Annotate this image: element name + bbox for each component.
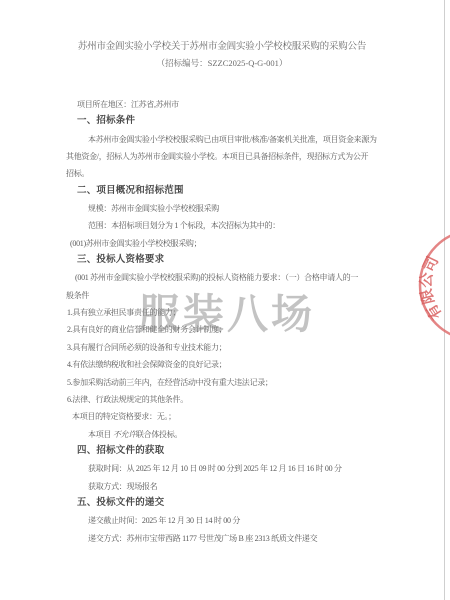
document-line: 项目所在地区：江苏省,苏州市	[77, 96, 394, 113]
document-line: 本苏州市金阊实验小学校校服采购已由项目审批/核准/备案机关批准，项目资金来源为	[88, 131, 394, 148]
red-seal-stamp: 有限公司	[403, 212, 450, 358]
document-line: 递交方式：苏州市宝带西路 1177 号世茂广场 B 座 2313 纸质文件递交	[88, 530, 394, 547]
document-line: 一、招标条件	[77, 113, 394, 130]
document-line: 5.参加采购活动前三年内，在经营活动中没有重大违法记录；	[67, 374, 394, 391]
document-line: 三、投标人资格要求	[77, 252, 394, 269]
page-edge	[444, 0, 445, 600]
plain-text: 本项目	[88, 430, 113, 439]
document-line: 2.具有良好的商业信誉和健全的财务会计制度；	[67, 321, 394, 338]
document-line: 五、投标文件的递交	[77, 495, 394, 512]
emphasis-text: 不允许	[113, 430, 136, 439]
document-line: 二、项目概况和招标范围	[77, 183, 394, 200]
document-title: 苏州市金阊实验小学校关于苏州市金阊实验小学校校服采购的采购公告	[0, 38, 444, 52]
document-line: 范围：本招标项目划分为 1 个标段，本次招标为其中的：	[88, 217, 394, 234]
plain-text: 联合体投标。	[136, 430, 182, 439]
document-line: 本项目 不允许联合体投标。	[88, 426, 394, 443]
document-line: 其他资金/，招标人为苏州市金阊实验小学校。本项目已具备招标条件，现招标方式为公开	[66, 148, 394, 165]
seal-text: 有限公司	[417, 253, 446, 323]
document-line: 4.有依法缴纳税收和社会保障资金的良好记录；	[67, 356, 394, 373]
document-line: 般条件	[66, 287, 394, 304]
document-line: (001)苏州市金阊实验小学校校服采购；	[70, 235, 394, 252]
svg-text:有限公司: 有限公司	[417, 253, 446, 323]
document-line: (001 苏州市金阊实验小学校校服采购)的投标人资格能力要求：（一）合格申请人的…	[75, 269, 394, 286]
document-line: 获取方式：现场报名	[88, 478, 394, 495]
document-page: 苏州市金阊实验小学校关于苏州市金阊实验小学校校服采购的采购公告 （招标编号：SZ…	[0, 0, 450, 600]
document-line: 招标。	[66, 165, 394, 182]
document-line: 3.具有履行合同所必须的设备和专业技术能力；	[67, 339, 394, 356]
document-line: 1.具有独立承担民事责任的能力；	[67, 304, 394, 321]
document-line: 获取时间：从 2025 年 12 月 10 日 09 时 00 分到 2025 …	[88, 460, 394, 477]
document-line: 本项目的特定资格要求：无。；	[72, 408, 394, 425]
document-body: 项目所在地区：江苏省,苏州市一、招标条件本苏州市金阊实验小学校校服采购已由项目审…	[66, 96, 394, 547]
tender-number: （招标编号：SZZC2025-Q-G-001）	[0, 57, 444, 69]
document-line: 6.法律、行政法规规定的其他条件。	[67, 391, 394, 408]
document-line: 四、招标文件的获取	[77, 443, 394, 460]
seal-ring	[420, 230, 450, 340]
document-line: 规模：苏州市金阊实验小学校校服采购	[88, 200, 394, 217]
document-line: 递交截止时间：2025 年 12 月 30 日 14 时 00 分	[88, 512, 394, 529]
